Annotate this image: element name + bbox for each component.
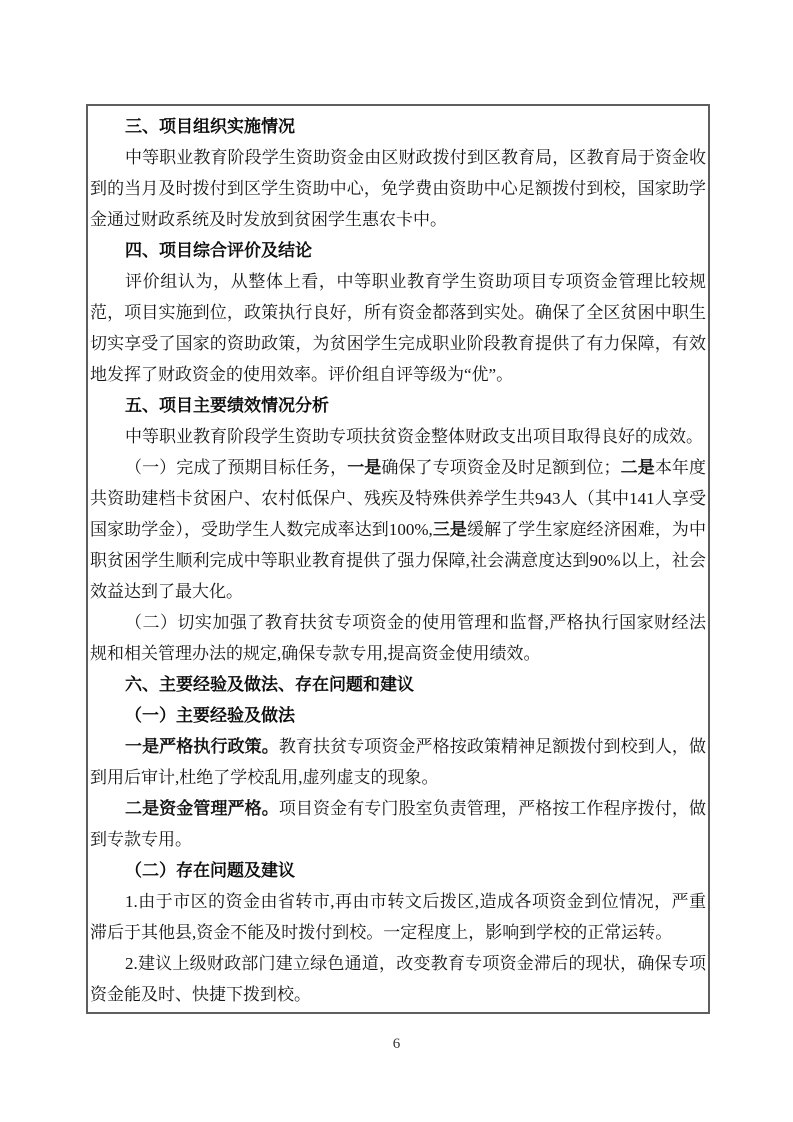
document-cell: 三、项目组织实施情况中等职业教育阶段学生资助资金由区财政拨付到区教育局，区教育局… (86, 104, 710, 1014)
bold-text-run: 五、项目主要绩效情况分析 (125, 396, 329, 415)
paragraph: （二）切实加强了教育扶贫专项资金的使用管理和监督,严格执行国家财经法规和相关管理… (90, 607, 706, 669)
page-number: 6 (0, 1036, 793, 1053)
paragraph: 中等职业教育阶段学生资助专项扶贫资金整体财政支出项目取得良好的成效。 (90, 421, 706, 452)
bold-text-run: 二是 (621, 458, 655, 477)
paragraph: 2.建议上级财政部门建立绿色通道，改变教育专项资金滞后的现状，确保专项资金能及时… (90, 948, 706, 1010)
text-run: （二）切实加强了教育扶贫专项资金的使用管理和监督,严格执行国家财经法规和相关管理… (90, 613, 706, 663)
paragraph: 评价组认为，从整体上看，中等职业教育学生资助项目专项资金管理比较规范，项目实施到… (90, 266, 706, 390)
paragraph: 中等职业教育阶段学生资助资金由区财政拨付到区教育局，区教育局于资金收到的当月及时… (90, 142, 706, 235)
section-heading: 五、项目主要绩效情况分析 (90, 390, 706, 421)
text-run: 1.由于市区的资金由省转市,再由市转文后拨区,造成各项资金到位情况，严重滞后于其… (90, 892, 706, 942)
text-run: 中等职业教育阶段学生资助专项扶贫资金整体财政支出项目取得良好的成效。 (125, 427, 703, 446)
bold-text-run: 二是资金管理严格。 (125, 799, 279, 818)
section-heading: 六、主要经验及做法、存在问题和建议 (90, 669, 706, 700)
text-run: （一）完成了预期目标任务， (125, 458, 347, 477)
bold-text-run: （一）主要经验及做法 (125, 706, 295, 725)
bold-text-run: （二）存在问题及建议 (125, 861, 295, 880)
section-heading: （二）存在问题及建议 (90, 855, 706, 886)
bold-text-run: 三是 (433, 520, 467, 539)
bold-text-run: 四、项目综合评价及结论 (125, 241, 312, 260)
paragraph: 一是严格执行政策。教育扶贫专项资金严格按政策精神足额拨付到校到人，做到用后审计,… (90, 731, 706, 793)
text-run: 评价组认为，从整体上看，中等职业教育学生资助项目专项资金管理比较规范，项目实施到… (90, 272, 706, 384)
section-heading: 四、项目综合评价及结论 (90, 235, 706, 266)
bold-text-run: 六、主要经验及做法、存在问题和建议 (125, 675, 414, 694)
bold-text-run: 一是 (347, 458, 381, 477)
text-run: 中等职业教育阶段学生资助资金由区财政拨付到区教育局，区教育局于资金收到的当月及时… (90, 148, 706, 229)
text-run: 2.建议上级财政部门建立绿色通道，改变教育专项资金滞后的现状，确保专项资金能及时… (90, 954, 706, 1004)
paragraph: （一）完成了预期目标任务，一是确保了专项资金及时足额到位；二是本年度共资助建档卡… (90, 452, 706, 607)
paragraph: 1.由于市区的资金由省转市,再由市转文后拨区,造成各项资金到位情况，严重滞后于其… (90, 886, 706, 948)
paragraph: 二是资金管理严格。项目资金有专门股室负责管理，严格按工作程序拨付，做到专款专用。 (90, 793, 706, 855)
bold-text-run: 一是严格执行政策。 (125, 737, 279, 756)
text-run: 确保了专项资金及时足额到位； (381, 458, 620, 477)
section-heading: （一）主要经验及做法 (90, 700, 706, 731)
document-body: 三、项目组织实施情况中等职业教育阶段学生资助资金由区财政拨付到区教育局，区教育局… (90, 111, 706, 1010)
bold-text-run: 三、项目组织实施情况 (125, 117, 295, 136)
section-heading: 三、项目组织实施情况 (90, 111, 706, 142)
